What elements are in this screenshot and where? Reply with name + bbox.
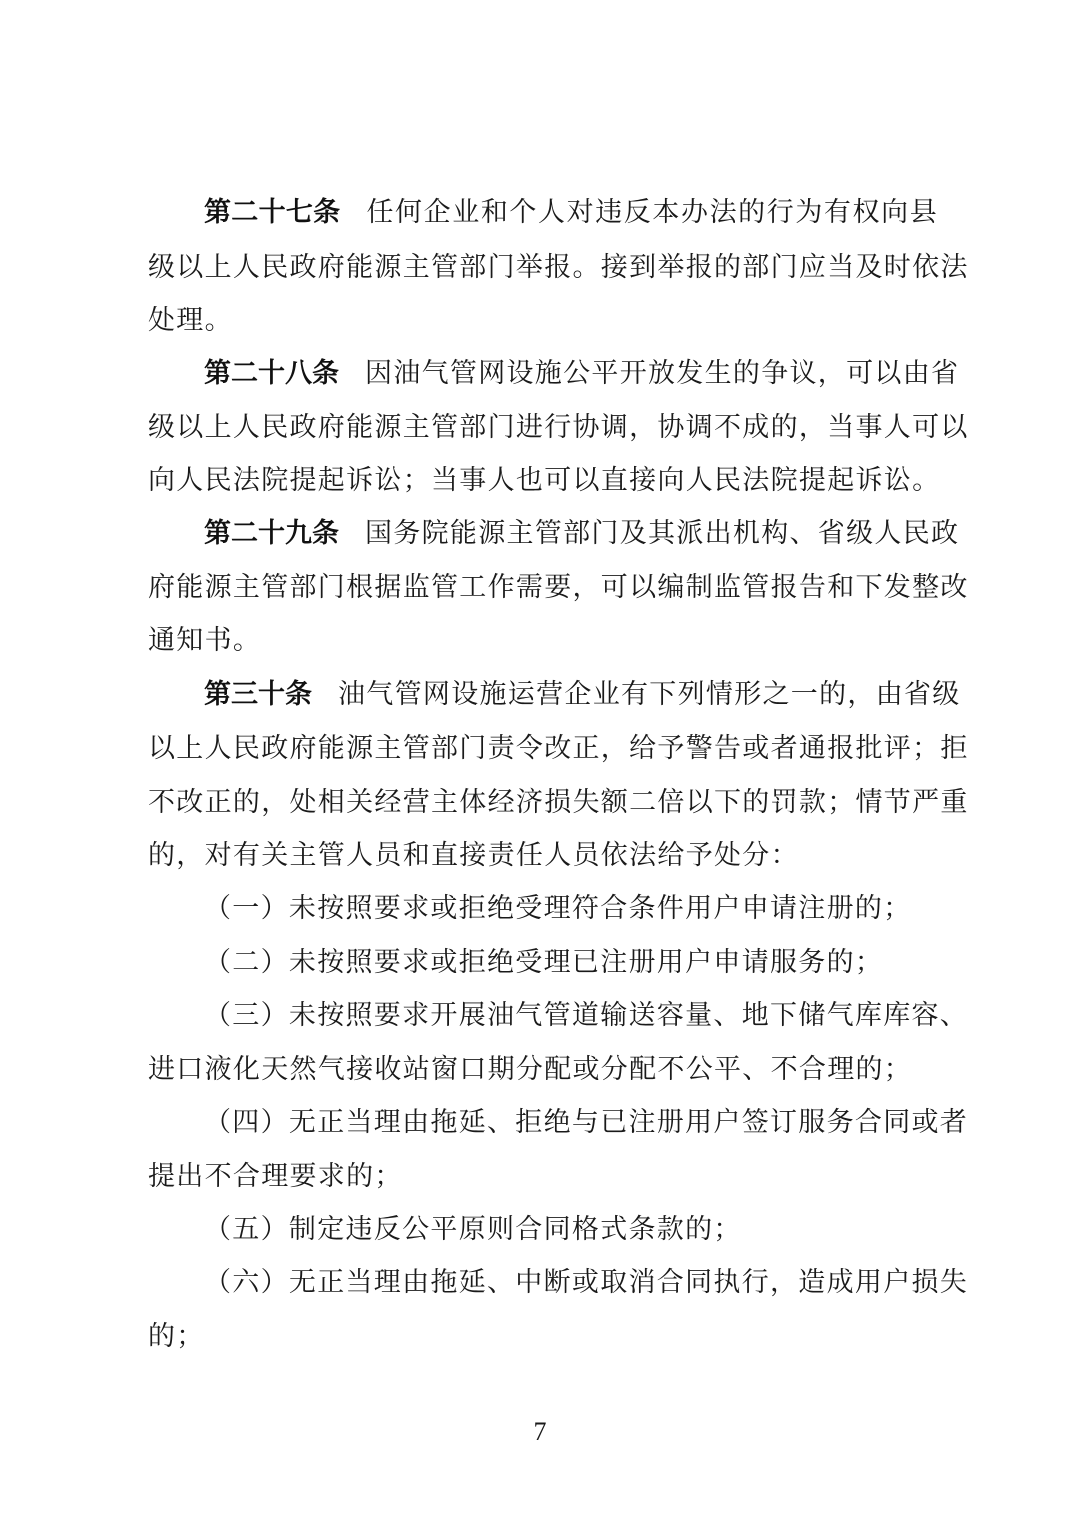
article-29-line-2: 府能源主管部门根据监管工作需要，可以编制监管报告和下发整改 (148, 570, 938, 606)
article-number: 第三十条 (204, 679, 312, 710)
list-item-2: （二）未按照要求或拒绝受理已注册用户申请服务的； (204, 945, 938, 981)
list-item-4-line-1: （四）无正当理由拖延、拒绝与已注册用户签订服务合同或者 (204, 1105, 938, 1141)
list-item-3-line-2: 进口液化天然气接收站窗口期分配或分配不公平、不合理的； (148, 1052, 938, 1088)
page-number: 7 (0, 1417, 1080, 1447)
list-item-6-line-1: （六）无正当理由拖延、中断或取消合同执行，造成用户损失 (204, 1265, 938, 1301)
article-number: 第二十八条 (204, 358, 339, 389)
article-30-line-3: 不改正的，处相关经营主体经济损失额二倍以下的罚款；情节严重 (148, 785, 938, 821)
article-30-line-1: 第三十条油气管网设施运营企业有下列情形之一的，由省级 (204, 677, 938, 713)
article-27-line-3: 处理。 (148, 303, 938, 339)
article-text: 油气管网设施运营企业有下列情形之一的，由省级 (338, 679, 961, 710)
article-28-line-2: 级以上人民政府能源主管部门进行协调，协调不成的，当事人可以 (148, 410, 938, 446)
article-number: 第二十七条 (204, 197, 340, 228)
document-page: 第二十七条任何企业和个人对违反本办法的行为有权向县 级以上人民政府能源主管部门举… (0, 0, 1080, 1527)
article-28-line-1: 第二十八条因油气管网设施公平开放发生的争议，可以由省 (204, 356, 938, 392)
article-28-line-3: 向人民法院提起诉讼；当事人也可以直接向人民法院提起诉讼。 (148, 463, 938, 499)
article-number: 第二十九条 (204, 518, 339, 549)
article-29-line-3: 通知书。 (148, 623, 938, 659)
list-item-6-line-2: 的； (148, 1319, 938, 1355)
article-30-line-4: 的，对有关主管人员和直接责任人员依法给予处分： (148, 838, 938, 874)
list-item-1: （一）未按照要求或拒绝受理符合条件用户申请注册的； (204, 891, 938, 927)
article-30-line-2: 以上人民政府能源主管部门责令改正，给予警告或者通报批评；拒 (148, 731, 938, 767)
list-item-4-line-2: 提出不合理要求的； (148, 1159, 938, 1195)
article-29-line-1: 第二十九条国务院能源主管部门及其派出机构、省级人民政 (204, 516, 938, 552)
article-27-line-2: 级以上人民政府能源主管部门举报。接到举报的部门应当及时依法 (148, 250, 938, 286)
article-text: 任何企业和个人对违反本办法的行为有权向县 (366, 197, 938, 228)
list-item-5: （五）制定违反公平原则合同格式条款的； (204, 1212, 938, 1248)
article-text: 国务院能源主管部门及其派出机构、省级人民政 (365, 518, 959, 549)
article-27-line-1: 第二十七条任何企业和个人对违反本办法的行为有权向县 (204, 195, 938, 231)
article-text: 因油气管网设施公平开放发生的争议，可以由省 (365, 358, 959, 389)
list-item-3-line-1: （三）未按照要求开展油气管道输送容量、地下储气库库容、 (204, 998, 938, 1034)
